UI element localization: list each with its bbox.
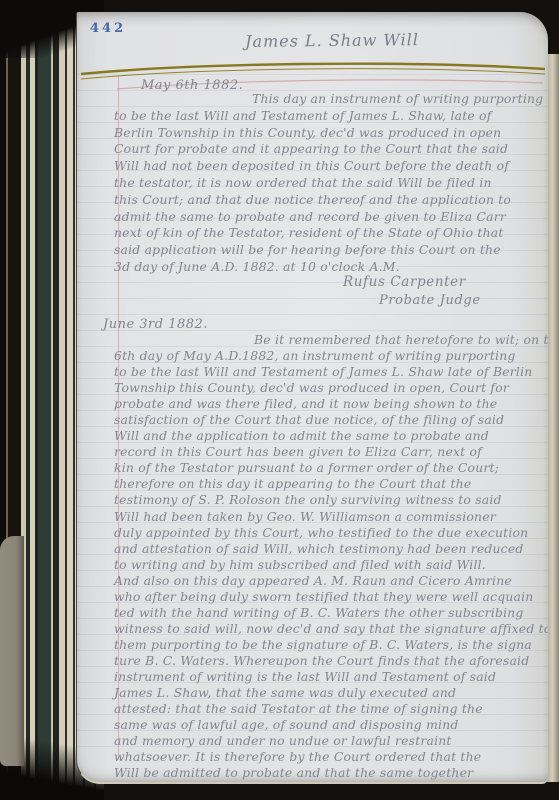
handwriting-line: the testator, it is now ordered that the…	[114, 175, 542, 192]
handwriting-line: to be the last Will and Testament of Jam…	[114, 108, 542, 125]
entry2-lines: 6th day of May A.D.1882, an instrument o…	[114, 348, 542, 781]
handwriting-line: ted with the hand writing of B. C. Water…	[114, 605, 542, 621]
entry1-body: This day an instrument of writing purpor…	[114, 91, 542, 276]
page-number: 442	[90, 21, 126, 36]
handwriting-line: whatsoever. It is therefore by the Court…	[114, 749, 542, 765]
ledger-page: 442 James L. Shaw Will May 6th 1882. Thi…	[76, 12, 548, 784]
handwriting-line: 6th day of May A.D.1882, an instrument o…	[114, 348, 542, 364]
handwriting-line: And also on this day appeared A. M. Raun…	[114, 573, 542, 589]
handwriting-line: 3d day of June A.D. 1882. at 10 o'clock …	[114, 259, 542, 276]
handwriting-line: Be it remembered that heretofore to wit;…	[114, 332, 542, 348]
handwriting-line: attested: that the said Testator at the …	[114, 701, 542, 717]
handwriting-line: Township this County, dec'd was produced…	[114, 380, 542, 396]
entry2-date: June 3rd 1882.	[103, 317, 208, 332]
record-book: 442 James L. Shaw Will May 6th 1882. Thi…	[0, 0, 559, 800]
handwriting-line: kin of the Testator pursuant to a former…	[114, 460, 542, 476]
handwriting-line: testimony of S. P. Roloson the only surv…	[114, 492, 542, 508]
handwriting-line: Court for probate and it appearing to th…	[114, 141, 542, 158]
entry1-lines: to be the last Will and Testament of Jam…	[114, 108, 542, 276]
handwriting-line: This day an instrument of writing purpor…	[114, 91, 542, 108]
book-cover-strip	[0, 536, 24, 766]
handwriting-line: witness to said will, now dec'd and say …	[114, 621, 542, 637]
right-fore-edge	[547, 54, 559, 782]
handwriting-line: this Court; and that due notice thereof …	[114, 192, 542, 209]
handwriting-line: Will had been taken by Geo. W. Williamso…	[114, 509, 542, 525]
handwriting-line: satisfaction of the Court that due notic…	[114, 412, 542, 428]
handwriting-line: to writing and by him subscribed and fil…	[114, 557, 542, 573]
handwriting-line: who after being duly sworn testified tha…	[114, 589, 542, 605]
handwriting-line: them purporting to be the signature of B…	[114, 637, 542, 653]
handwriting-line: probate and was there filed, and it now …	[114, 396, 542, 412]
handwriting-line: record in this Court has been given to E…	[114, 444, 542, 460]
handwriting-line: duly appointed by this Court, who testif…	[114, 525, 542, 541]
handwriting-line: same was of lawful age, of sound and dis…	[114, 717, 542, 733]
handwriting-line: Will be admitted to probate and that the…	[114, 765, 542, 781]
handwriting-line: and attestation of said Will, which test…	[114, 541, 542, 557]
handwriting-line: Berlin Township in this County, dec'd wa…	[114, 125, 542, 142]
handwriting-line: said application will be for hearing bef…	[114, 242, 542, 259]
handwriting-line: James L. Shaw, that the same was duly ex…	[114, 685, 542, 701]
handwriting-line: admit the same to probate and record be …	[114, 209, 542, 226]
handwriting-line: Will had not been deposited in this Cour…	[114, 158, 542, 175]
handwriting-line: therefore on this day it appearing to th…	[114, 476, 542, 492]
handwriting-line: to be the last Will and Testament of Jam…	[114, 364, 542, 380]
judge-signature-title: Probate Judge	[379, 293, 481, 308]
judge-signature: Rufus Carpenter	[343, 274, 466, 290]
handwriting-line: and memory and under no undue or lawful …	[114, 733, 542, 749]
entry2-body: Be it remembered that heretofore to wit;…	[114, 332, 542, 781]
handwriting-line: next of kin of the Testator, resident of…	[114, 225, 542, 242]
handwriting-line: instrument of writing is the last Will a…	[114, 669, 542, 685]
handwriting-line: ture B. C. Waters. Whereupon the Court f…	[114, 653, 542, 669]
handwriting-line: Will and the application to admit the sa…	[114, 428, 542, 444]
